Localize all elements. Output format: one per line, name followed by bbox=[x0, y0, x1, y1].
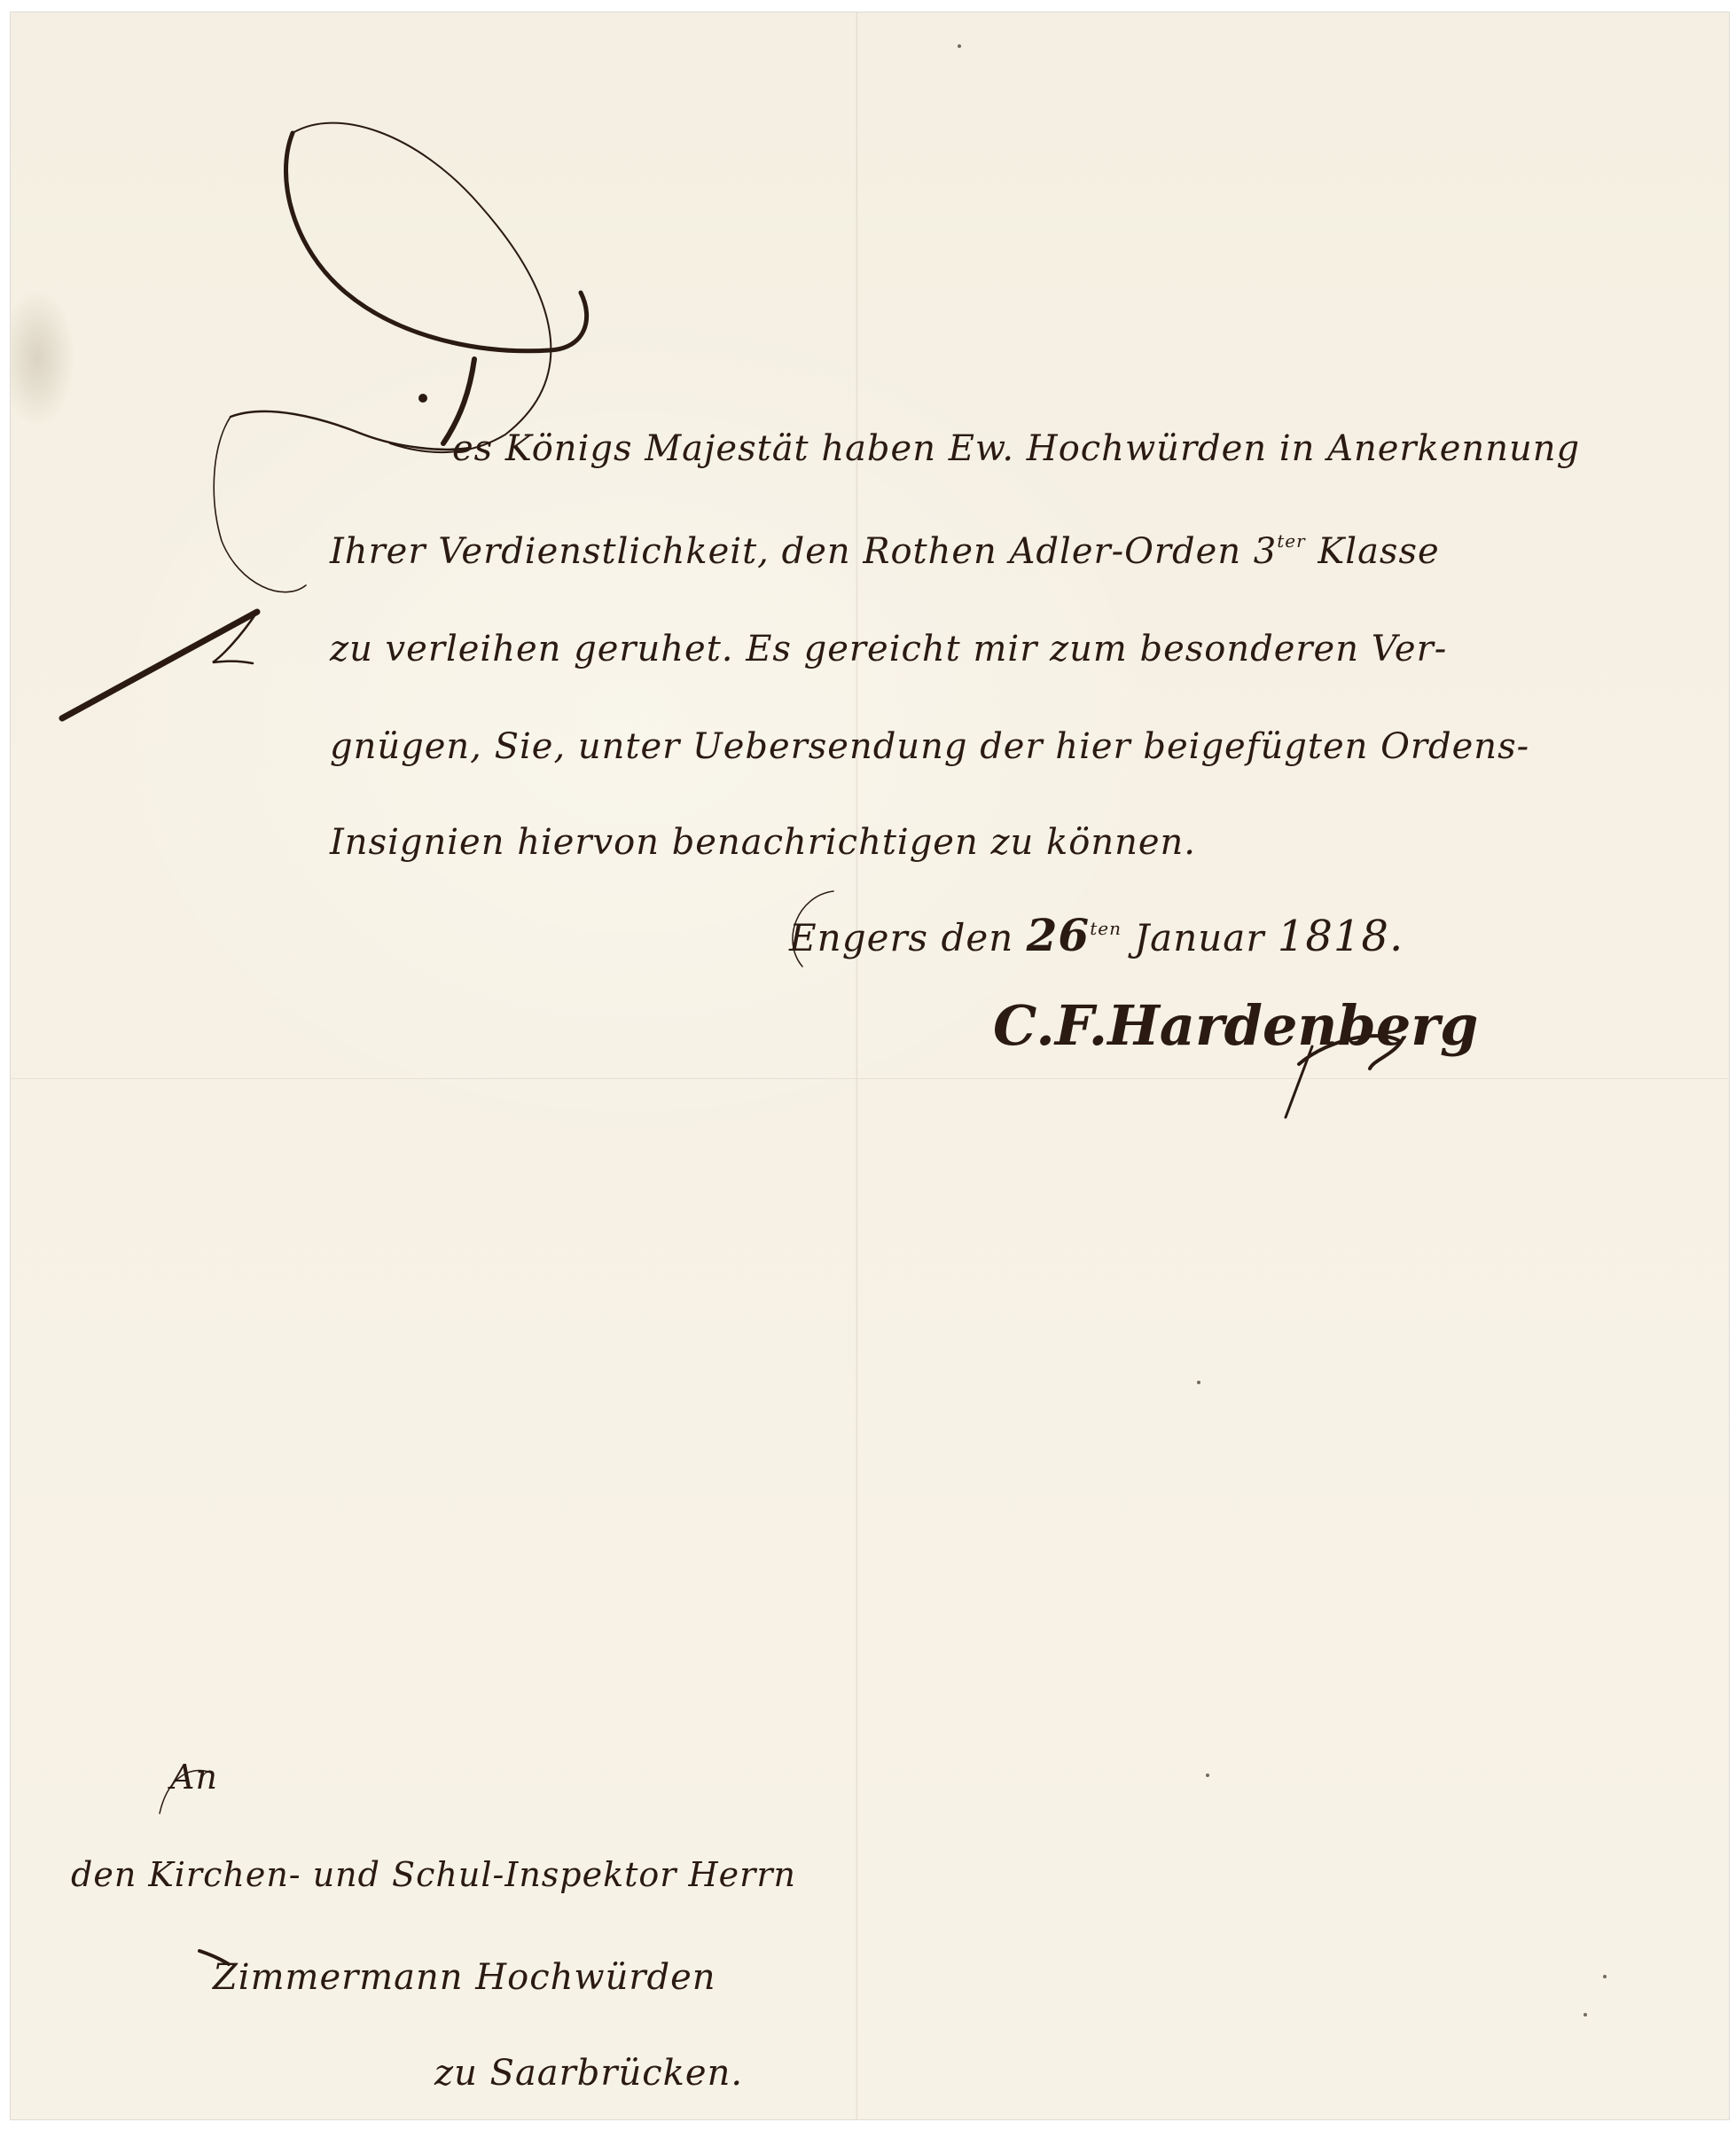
body-line-3-text: zu verleihen geruhet. Es gereicht mir zu… bbox=[330, 629, 1447, 670]
place-name: Engers bbox=[789, 916, 928, 959]
day-superscript: ten bbox=[1090, 918, 1122, 939]
date-prefix: den bbox=[941, 916, 1013, 959]
body-line-5-text: Insignien hiervon benachrichtigen zu kön… bbox=[330, 822, 1196, 863]
address-line-1: den Kirchen- und Schul-Inspektor Herrn bbox=[71, 1858, 796, 1891]
ordinal-superscript: ter bbox=[1277, 530, 1305, 552]
paper-speck bbox=[1584, 2013, 1587, 2016]
address-line-3: zu Saarbrücken. bbox=[434, 2056, 743, 2091]
body-line-2: Ihrer Verdienstlichkeit, den Rothen Adle… bbox=[330, 532, 1440, 569]
address-line-2: Zimmermann Hochwürden bbox=[213, 1960, 716, 1995]
body-line-1: es Königs Majestät haben Ew. Hochwürden … bbox=[452, 431, 1580, 466]
paper-speck bbox=[1206, 1774, 1209, 1777]
body-line-4-text: gnügen, Sie, unter Uebersendung der hier… bbox=[330, 726, 1529, 767]
paper-speck bbox=[1603, 1975, 1607, 1978]
paper-speck bbox=[958, 44, 961, 48]
body-line-5: Insignien hiervon benachrichtigen zu kön… bbox=[330, 825, 1196, 860]
body-line-1-text: es Königs Majestät haben Ew. Hochwürden … bbox=[452, 428, 1580, 469]
signature: C.F.Hardenberg bbox=[993, 993, 1478, 1058]
body-line-2-text: Ihrer Verdienstlichkeit, den Rothen Adle… bbox=[330, 531, 1277, 572]
paper-speck bbox=[1197, 1381, 1200, 1384]
body-line-2-end: Klasse bbox=[1318, 531, 1439, 572]
date-year: 1818. bbox=[1278, 912, 1404, 961]
place-date-line: Engers den 26ten Januar 1818. bbox=[789, 913, 1404, 958]
body-line-4: gnügen, Sie, unter Uebersendung der hier… bbox=[330, 729, 1529, 764]
date-month: Januar bbox=[1134, 916, 1264, 959]
date-day: 26 bbox=[1027, 909, 1091, 961]
ornamental-initial-d-icon bbox=[0, 0, 1736, 2130]
body-line-3: zu verleihen geruhet. Es gereicht mir zu… bbox=[330, 631, 1447, 667]
address-salutation: An bbox=[170, 1760, 218, 1794]
